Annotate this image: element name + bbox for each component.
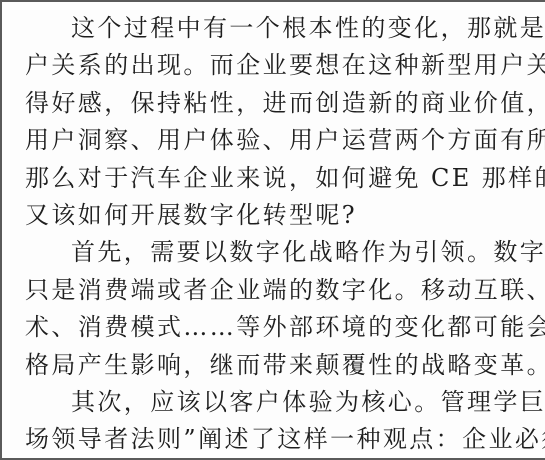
document-body: 这个过程中有一个根本性的变化，那就是新型用 户关系的出现。而企业要想在这种新型用… <box>25 10 501 459</box>
text-line: 首先，需要以数字化战略作为引领。数字化并非 <box>25 234 501 271</box>
text-line: 那么对于汽车企业来说，如何避免 CE 那样的命运， <box>25 160 501 197</box>
text-line: 只是消费端或者企业端的数字化。移动互联、产业技 <box>25 272 501 309</box>
text-line: 又该如何开展数字化转型呢? <box>25 197 501 234</box>
text-line: 其次，应该以客户体验为核心。管理学巨著“市 <box>25 384 501 421</box>
paragraph-1: 这个过程中有一个根本性的变化，那就是新型用 户关系的出现。而企业要想在这种新型用… <box>25 10 501 234</box>
paragraph-2: 首先，需要以数字化战略作为引领。数字化并非 只是消费端或者企业端的数字化。移动互… <box>25 234 501 384</box>
text-line: 场领导者法则”阐述了这样一种观点：企业必须在运 <box>25 421 501 458</box>
text-line: 术、消费模式……等外部环境的变化都可能会对产业 <box>25 309 501 346</box>
text-line: 户关系的出现。而企业要想在这种新型用户关系中赢 <box>25 47 501 84</box>
paragraph-3: 其次，应该以客户体验为核心。管理学巨著“市 场领导者法则”阐述了这样一种观点：企… <box>25 384 501 459</box>
document-page: 这个过程中有一个根本性的变化，那就是新型用 户关系的出现。而企业要想在这种新型用… <box>0 0 545 460</box>
text-line: 得好感，保持粘性，进而创造新的商业价值，需要在 <box>25 85 501 122</box>
text-line: 用户洞察、用户体验、用户运营两个方面有所作为。 <box>25 122 501 159</box>
text-line: 这个过程中有一个根本性的变化，那就是新型用 <box>25 10 501 47</box>
text-line: 格局产生影响，继而带来颠覆性的战略变革。 <box>25 347 501 384</box>
